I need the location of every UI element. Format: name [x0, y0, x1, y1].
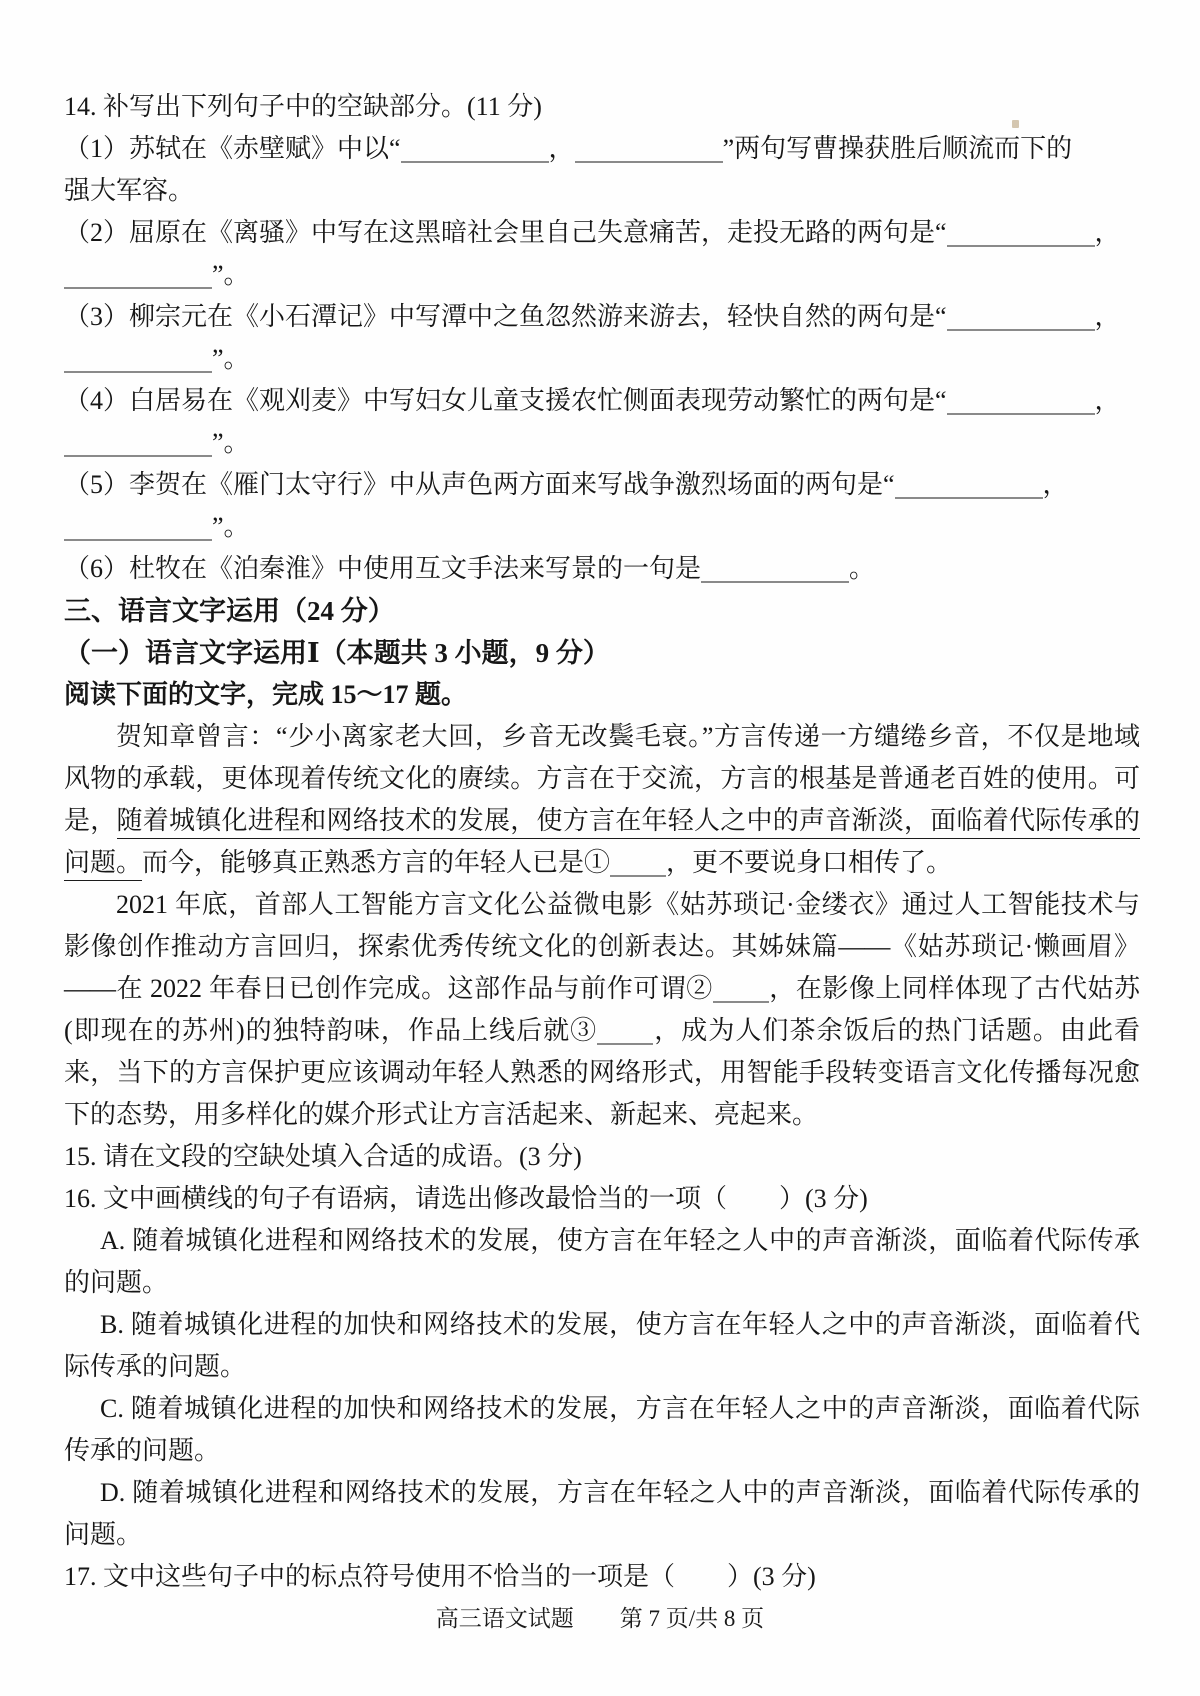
exam-content: 14. 补写出下列句子中的空缺部分。(11 分) （1）苏轼在《赤壁赋》中以“，… — [64, 86, 1140, 1598]
answer-blank — [575, 133, 723, 163]
answer-blank — [895, 469, 1043, 499]
q16-option-d: D. 随着城镇化进程和网络技术的发展，方言在年轻之人中的声音渐淡，面临着代际传承… — [64, 1472, 1140, 1556]
q14-item-6: （6）杜牧在《泊秦淮》中使用互文手法来写景的一句是。 — [64, 548, 1140, 590]
q14-item-1-line1: （1）苏轼在《赤壁赋》中以“，”两句写曹操获胜后顺流而下的 — [64, 128, 1140, 170]
reading-instruction: 阅读下面的文字，完成 15～17 题。 — [64, 674, 1140, 716]
q14-item-5: （5）李贺在《雁门太守行》中从声色两方面来写战争激烈场面的两句是“， ”。 — [64, 464, 1140, 548]
idiom-blank-1 — [610, 847, 666, 877]
q16-option-b: B. 随着城镇化进程的加快和网络技术的发展，使方言在年轻人之中的声音渐淡，面临着… — [64, 1304, 1140, 1388]
q16-option-c: C. 随着城镇化进程的加快和网络技术的发展，方言在年轻人之中的声音渐淡，面临着代… — [64, 1388, 1140, 1472]
q14-item-4-sep: ， — [1095, 386, 1121, 415]
passage-p1-text3: ，更不要说身口相传了。 — [666, 848, 952, 877]
footer-page-info: 第 7 页/共 8 页 — [620, 1606, 764, 1631]
answer-blank — [947, 301, 1095, 331]
q14-item-3: （3）柳宗元在《小石潭记》中写潭中之鱼忽然游来游去，轻快自然的两句是“， ”。 — [64, 296, 1140, 380]
q14-item-4-line2: ”。 — [64, 422, 1140, 464]
section3-heading: 三、语言文字运用（24 分） — [64, 590, 1140, 632]
q14-item-3-line2: ”。 — [64, 338, 1140, 380]
q14-item-4-pre: （4）白居易在《观刈麦》中写妇女儿童支援农忙侧面表现劳动繁忙的两句是“ — [64, 386, 947, 415]
q14-item-1-post: ”两句写曹操获胜后顺流而下的 — [723, 134, 1073, 163]
passage-paragraph-2: 2021 年底，首部人工智能方言文化公益微电影《姑苏琐记·金缕衣》通过人工智能技… — [64, 884, 1140, 1136]
answer-blank — [64, 511, 212, 541]
passage-p1-text2: 而今，能够真正熟悉方言的年轻人已是① — [142, 848, 610, 877]
answer-blank — [64, 427, 212, 457]
answer-blank — [947, 385, 1095, 415]
q14-item-5-pre: （5）李贺在《雁门太守行》中从声色两方面来写战争激烈场面的两句是“ — [64, 470, 895, 499]
q14-item-3-line1: （3）柳宗元在《小石潭记》中写潭中之鱼忽然游来游去，轻快自然的两句是“， — [64, 296, 1140, 338]
q14-item-2-line1: （2）屈原在《离骚》中写在这黑暗社会里自己失意痛苦，走投无路的两句是“， — [64, 212, 1140, 254]
q14-item-5-line1: （5）李贺在《雁门太守行》中从声色两方面来写战争激烈场面的两句是“， — [64, 464, 1140, 506]
q14-item-1-sep: ， — [549, 134, 575, 163]
q14-title: 14. 补写出下列句子中的空缺部分。(11 分) — [64, 86, 1140, 128]
q14-item-1-line2: 强大军容。 — [64, 170, 1140, 212]
answer-blank — [701, 553, 849, 583]
q14-item-2-line2: ”。 — [64, 254, 1140, 296]
q16-option-a: A. 随着城镇化进程和网络技术的发展，使方言在年轻之人中的声音渐淡，面临着代际传… — [64, 1220, 1140, 1304]
q17-stem: 17. 文中这些句子中的标点符号使用不恰当的一项是（ ）(3 分) — [64, 1556, 1140, 1598]
q14-item-4: （4）白居易在《观刈麦》中写妇女儿童支援农忙侧面表现劳动繁忙的两句是“， ”。 — [64, 380, 1140, 464]
passage-paragraph-1: 贺知章曾言：“少小离家老大回，乡音无改鬓毛衰。”方言传递一方缱绻乡音，不仅是地域… — [64, 716, 1140, 884]
section3-subheading: （一）语言文字运用Ⅰ（本题共 3 小题，9 分） — [64, 632, 1140, 674]
q14-item-1: （1）苏轼在《赤壁赋》中以“，”两句写曹操获胜后顺流而下的 强大军容。 — [64, 128, 1140, 212]
q14-item-2-close: ”。 — [212, 260, 250, 289]
q16-stem: 16. 文中画横线的句子有语病，请选出修改最恰当的一项（ ）(3 分) — [64, 1178, 1140, 1220]
q14-item-3-sep: ， — [1095, 302, 1121, 331]
q14-item-4-line1: （4）白居易在《观刈麦》中写妇女儿童支援农忙侧面表现劳动繁忙的两句是“， — [64, 380, 1140, 422]
exam-page: 14. 补写出下列句子中的空缺部分。(11 分) （1）苏轼在《赤壁赋》中以“，… — [0, 0, 1200, 1696]
idiom-blank-3 — [597, 1015, 653, 1045]
q14-item-2: （2）屈原在《离骚》中写在这黑暗社会里自己失意痛苦，走投无路的两句是“， ”。 — [64, 212, 1140, 296]
idiom-blank-2 — [713, 973, 769, 1003]
q14-item-6-pre: （6）杜牧在《泊秦淮》中使用互文手法来写景的一句是 — [64, 554, 701, 583]
q14-item-4-close: ”。 — [212, 428, 250, 457]
answer-blank — [64, 343, 212, 373]
answer-blank — [401, 133, 549, 163]
q14-item-5-sep: ， — [1043, 470, 1069, 499]
q14-item-1-pre: （1）苏轼在《赤壁赋》中以“ — [64, 134, 401, 163]
q14-item-2-sep: ， — [1095, 218, 1121, 247]
q14-item-5-close: ”。 — [212, 512, 250, 541]
answer-blank — [64, 259, 212, 289]
answer-blank — [947, 217, 1095, 247]
q14-item-2-pre: （2）屈原在《离骚》中写在这黑暗社会里自己失意痛苦，走投无路的两句是“ — [64, 218, 947, 247]
q14-item-3-pre: （3）柳宗元在《小石潭记》中写潭中之鱼忽然游来游去，轻快自然的两句是“ — [64, 302, 947, 331]
footer-doc-title: 高三语文试题 — [436, 1606, 574, 1631]
page-footer: 高三语文试题第 7 页/共 8 页 — [0, 1600, 1200, 1633]
q15-stem: 15. 请在文段的空缺处填入合适的成语。(3 分) — [64, 1136, 1140, 1178]
q14-item-6-end: 。 — [849, 554, 875, 583]
q14-item-3-close: ”。 — [212, 344, 250, 373]
q14-item-5-line2: ”。 — [64, 506, 1140, 548]
